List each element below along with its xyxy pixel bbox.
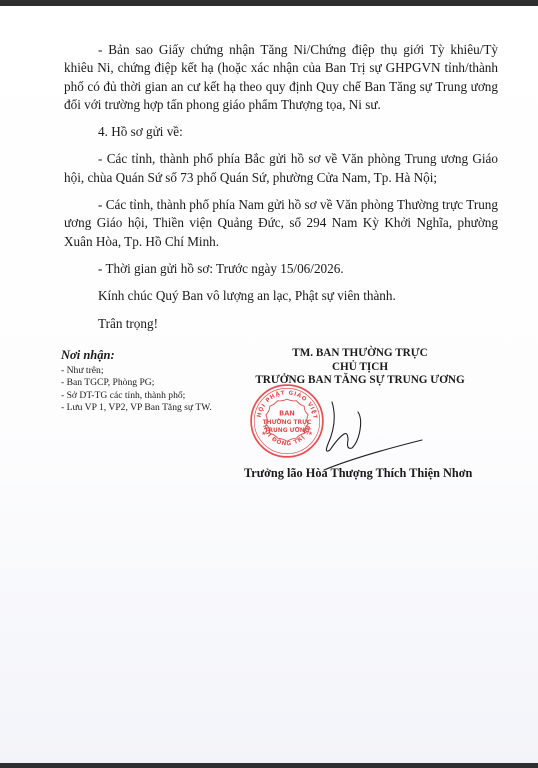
svg-text:TRUNG ƯƠNG: TRUNG ƯƠNG [264,428,309,434]
paragraph-north-address: - Các tỉnh, thành phố phía Bắc gửi hồ sơ… [64,150,498,187]
paragraph-wishes: Kính chúc Quý Ban vô lượng an lạc, Phật … [64,287,498,305]
paragraph-copy-certificate: - Bản sao Giấy chứng nhận Tăng Ni/Chứng … [64,41,498,114]
document-body: - Bản sao Giấy chứng nhận Tăng Ni/Chứng … [64,41,498,333]
sign-title-line2: CHỦ TỊCH [240,361,480,375]
paragraph-regards: Trân trọng! [64,315,498,333]
paragraph-section-4: 4. Hồ sơ gửi về: [64,123,498,141]
handwritten-signature-icon [318,392,424,472]
paragraph-deadline: - Thời gian gửi hồ sơ: Trước ngày 15/06/… [64,260,498,278]
viewer-bottom-bar [0,763,538,768]
svg-text:★: ★ [308,431,313,437]
svg-text:★: ★ [261,431,266,437]
svg-text:THƯỜNG TRỰC: THƯỜNG TRỰC [263,419,312,426]
recipient-item: - Ban TGCP, Phòng PG; [61,377,212,389]
sign-title-line1: TM. BAN THƯỜNG TRỰC [240,347,480,361]
signer-name: Trưởng lão Hòa Thượng Thích Thiện Nhơn [244,466,472,481]
paragraph-south-address: - Các tỉnh, thành phố phía Nam gửi hồ sơ… [64,196,498,251]
document-page: - Bản sao Giấy chứng nhận Tăng Ni/Chứng … [0,6,538,763]
recipients-block: Nơi nhận: - Như trên; - Ban TGCP, Phòng … [61,348,212,414]
recipient-item: - Lưu VP 1, VP2, VP Ban Tăng sự TW. [61,402,212,414]
svg-text:BAN: BAN [279,410,295,418]
recipients-title: Nơi nhận: [61,348,212,363]
recipient-item: - Sở DT-TG các tỉnh, thành phố; [61,390,212,402]
official-stamp-icon: GIÁO HỘI PHẬT GIÁO VIỆT NAM HỘI ĐỒNG TRỊ… [248,382,326,460]
recipient-item: - Như trên; [61,365,212,377]
